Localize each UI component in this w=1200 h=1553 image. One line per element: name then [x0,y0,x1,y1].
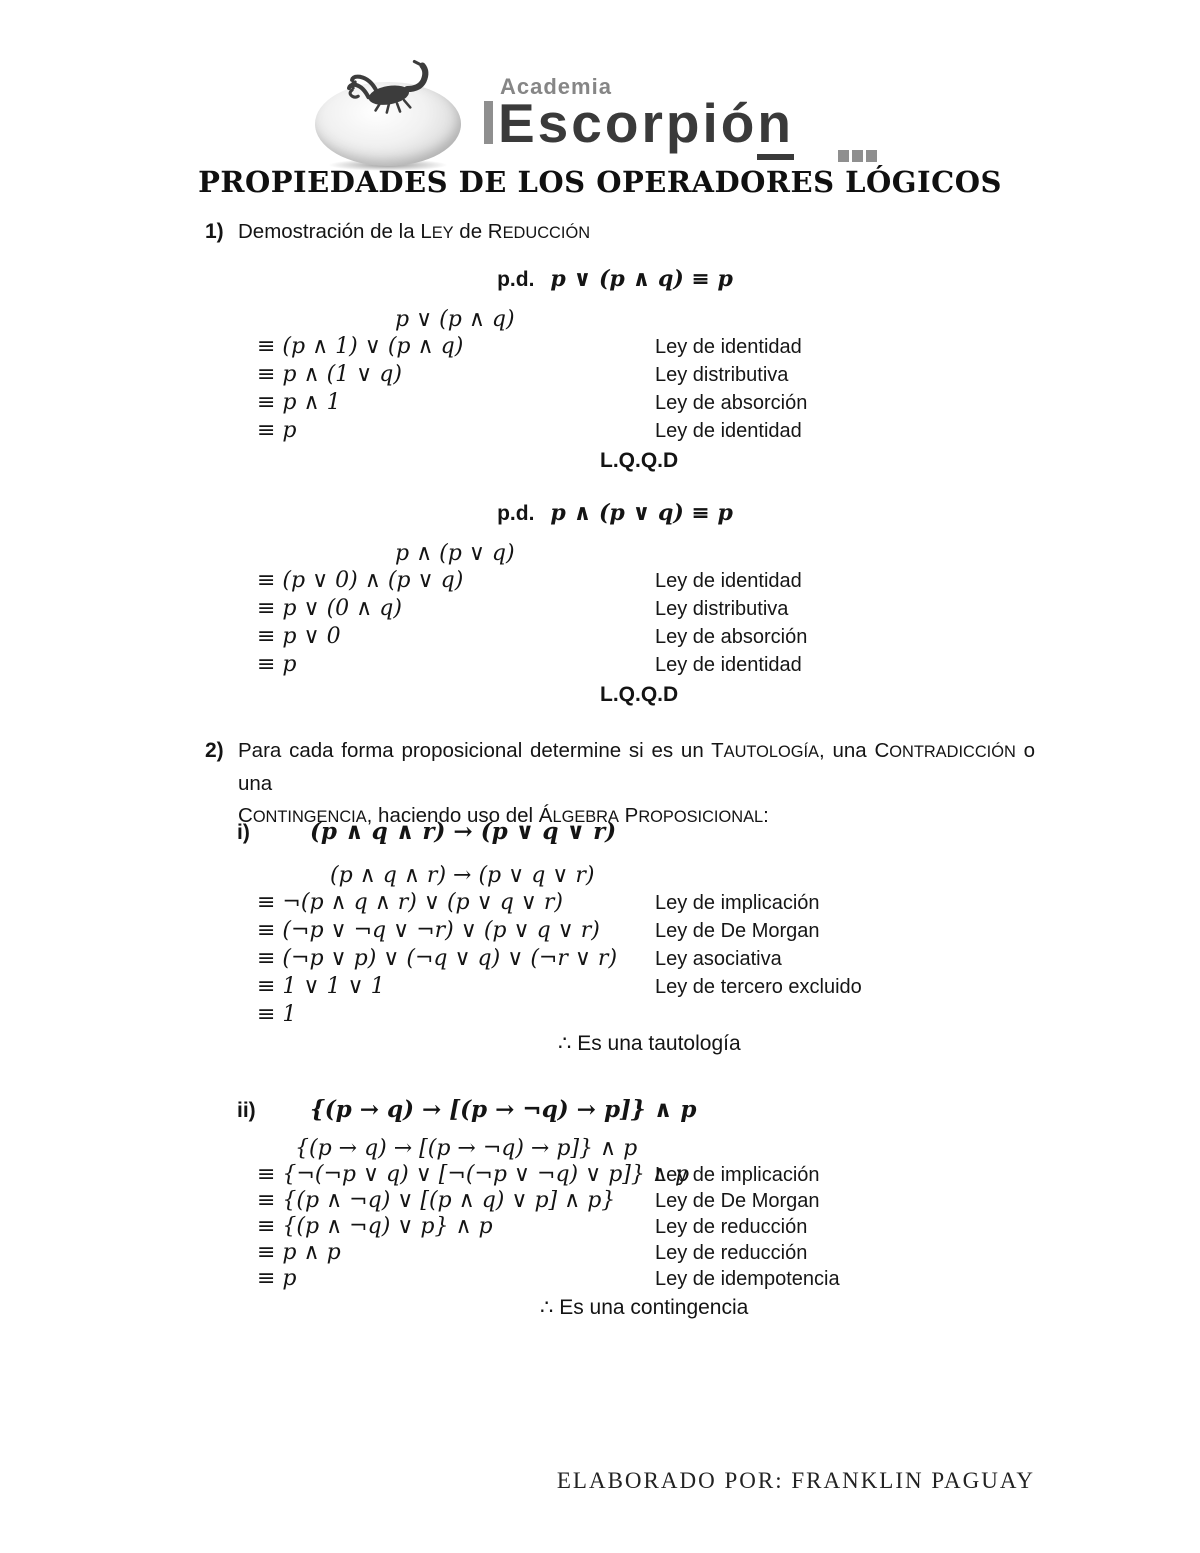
step-formula: ≡ {(p ∧ ¬q) ∨ [(p ∧ q) ∨ p] ∧ p} [200,1188,655,1214]
qed-label: L.Q.Q.D [600,449,1030,473]
worksheet-page: Academia Escorpión PROPIEDADES DE LOS OP… [0,0,1200,1553]
step-law: Ley de De Morgan [655,1188,1030,1214]
step-formula: ≡ p ∨ (0 ∧ q) [200,595,655,622]
step-formula: ≡ ¬(p ∧ q ∧ r) ∨ (p ∨ q ∨ r) [200,889,655,916]
item-2-number: 2) [205,735,238,767]
proof-step: ≡ {¬(¬p ∨ q) ∨ [¬(¬p ∨ ¬q) ∨ p]} ∧ pLey … [200,1162,1030,1188]
proof-step: ≡ ¬(p ∧ q ∧ r) ∨ (p ∨ q ∨ r)Ley de impli… [200,889,1030,917]
brand-underlined-n: n [757,92,794,160]
step-law: Ley de absorción [655,390,1030,417]
proof-2-goal-line: p.d.p ∧ (p ∨ q) ≡ p [200,500,1030,526]
step-law: Ley de implicación [655,1162,1030,1188]
step-law: Ley distributiva [655,596,1030,623]
proof-step: ≡ (¬p ∨ p) ∨ (¬q ∨ q) ∨ (¬r ∨ r)Ley asoc… [200,945,1030,973]
step-law: Ley de reducción [655,1214,1030,1240]
proof-1-steps: ≡ (p ∧ 1) ∨ (p ∧ q)Ley de identidad ≡ p … [200,333,1030,445]
problem-ii-statement-row: ii) {(p → q) → [(p → ¬q) → p]} ∧ p [237,1096,1035,1123]
step-law: Ley de identidad [655,568,1030,595]
step-formula: ≡ p ∧ 1 [200,389,655,416]
problem-ii-conclusion: ∴ Es una contingencia [540,1295,1030,1320]
qed-label: L.Q.Q.D [600,683,1030,707]
proof-2: p ∧ (p ∨ q) ≡ (p ∨ 0) ∧ (p ∨ q)Ley de id… [200,540,1030,707]
problem-ii-label: ii) [237,1099,310,1123]
step-law: Ley de reducción [655,1240,1030,1266]
problem-i-statement: (p ∧ q ∧ r) → (p ∨ q ∨ r) [310,818,616,845]
step-formula: ≡ {¬(¬p ∨ q) ∨ [¬(¬p ∨ ¬q) ∨ p]} ∧ p [200,1162,655,1188]
step-law: Ley asociativa [655,946,1030,973]
proof-step: ≡ {(p ∧ ¬q) ∨ [(p ∧ q) ∨ p] ∧ p}Ley de D… [200,1188,1030,1214]
problem-i-start: (p ∧ q ∧ r) → (p ∨ q ∨ r) [330,862,1030,889]
logo-square [838,150,849,162]
item-1: 1) Demostración de la LEY de REDUCCIÓN [205,216,1035,249]
problem-i-conclusion: ∴ Es una tautología [558,1031,1030,1056]
problem-ii-start: {(p → q) → [(p → ¬q) → p]} ∧ p [295,1136,1030,1162]
proof-step: ≡ p ∧ 1Ley de absorción [200,389,1030,417]
step-law: Ley de absorción [655,624,1030,651]
proof-step: ≡ (¬p ∨ ¬q ∨ ¬r) ∨ (p ∨ q ∨ r)Ley de De … [200,917,1030,945]
proof-step: ≡ pLey de identidad [200,651,1030,679]
proof-step: ≡ pLey de identidad [200,417,1030,445]
proof-step: ≡ p ∧ pLey de reducción [200,1240,1030,1266]
step-formula: ≡ p ∧ p [200,1240,655,1266]
proof-step: ≡ 1 ∨ 1 ∨ 1Ley de tercero excluido [200,973,1030,1001]
logo-brand-text: Escorpión [498,96,794,151]
proof-1-start: p ∨ (p ∧ q) [395,306,1030,333]
step-formula: ≡ 1 [200,1001,655,1028]
step-formula: ≡ (p ∨ 0) ∧ (p ∨ q) [200,567,655,594]
proof-step: ≡ p ∨ (0 ∧ q)Ley distributiva [200,595,1030,623]
proof-2-goal: p ∧ (p ∨ q) ≡ p [550,500,732,526]
proof-step: ≡ (p ∧ 1) ∨ (p ∧ q)Ley de identidad [200,333,1030,361]
pd-label: p.d. [497,268,534,291]
problem-i-label: i) [237,821,310,845]
proof-1-goal: p ∨ (p ∧ q) ≡ p [550,266,732,292]
step-formula: ≡ p ∨ 0 [200,623,655,650]
step-formula: ≡ p [200,417,655,444]
step-law: Ley de implicación [655,890,1030,917]
step-formula: ≡ p ∧ (1 ∨ q) [200,361,655,388]
problem-ii-derivation: {(p → q) → [(p → ¬q) → p]} ∧ p ≡ {¬(¬p ∨… [200,1136,1030,1320]
step-formula: ≡ (p ∧ 1) ∨ (p ∧ q) [200,333,655,360]
step-law: Ley de identidad [655,418,1030,445]
item-2-line-1: Para cada forma proposicional determine … [238,735,1035,800]
proof-2-steps: ≡ (p ∨ 0) ∧ (p ∨ q)Ley de identidad ≡ p … [200,567,1030,679]
logo-square [866,150,877,162]
step-law: Ley de idempotencia [655,1266,1030,1292]
proof-1-goal-line: p.d.p ∨ (p ∧ q) ≡ p [200,266,1030,292]
proof-step: ≡ 1 [200,1001,1030,1028]
pd-label: p.d. [497,502,534,525]
problem-ii-steps: ≡ {¬(¬p ∨ q) ∨ [¬(¬p ∨ ¬q) ∨ p]} ∧ pLey … [200,1162,1030,1292]
item-1-number: 1) [205,216,238,248]
step-law: Ley distributiva [655,362,1030,389]
proof-1: p ∨ (p ∧ q) ≡ (p ∧ 1) ∨ (p ∧ q)Ley de id… [200,306,1030,473]
step-formula: ≡ (¬p ∨ p) ∨ (¬q ∨ q) ∨ (¬r ∨ r) [200,945,655,972]
proof-step: ≡ pLey de idempotencia [200,1266,1030,1292]
step-law: Ley de identidad [655,652,1030,679]
problem-i-derivation: (p ∧ q ∧ r) → (p ∨ q ∨ r) ≡ ¬(p ∧ q ∧ r)… [200,862,1030,1056]
proof-step: ≡ p ∧ (1 ∨ q)Ley distributiva [200,361,1030,389]
page-title: PROPIEDADES DE LOS OPERADORES LÓGICOS [0,165,1200,199]
step-formula: ≡ {(p ∧ ¬q) ∨ p} ∧ p [200,1214,655,1240]
step-formula: ≡ (¬p ∨ ¬q ∨ ¬r) ∨ (p ∨ q ∨ r) [200,917,655,944]
logo-squares-icon [838,150,877,162]
step-formula: ≡ p [200,1266,655,1292]
brand-main: Escorpió [498,92,757,154]
step-formula: ≡ 1 ∨ 1 ∨ 1 [200,973,655,1000]
proof-2-start: p ∧ (p ∨ q) [395,540,1030,567]
problem-i-statement-row: i) (p ∧ q ∧ r) → (p ∨ q ∨ r) [237,818,1035,845]
step-law: Ley de tercero excluido [655,974,1030,1001]
step-law: Ley de identidad [655,334,1030,361]
item-1-text: Demostración de la LEY de REDUCCIÓN [238,216,1035,249]
logo-vertical-bar [484,101,493,144]
step-formula: ≡ p [200,651,655,678]
proof-step: ≡ {(p ∧ ¬q) ∨ p} ∧ pLey de reducción [200,1214,1030,1240]
proof-step: ≡ p ∨ 0Ley de absorción [200,623,1030,651]
footer-author: ELABORADO POR: FRANKLIN PAGUAY [557,1468,1035,1494]
step-law: Ley de De Morgan [655,918,1030,945]
problem-ii-statement: {(p → q) → [(p → ¬q) → p]} ∧ p [310,1096,696,1123]
problem-i-steps: ≡ ¬(p ∧ q ∧ r) ∨ (p ∨ q ∨ r)Ley de impli… [200,889,1030,1028]
logo-square [852,150,863,162]
proof-step: ≡ (p ∨ 0) ∧ (p ∨ q)Ley de identidad [200,567,1030,595]
scorpion-icon [346,56,448,116]
